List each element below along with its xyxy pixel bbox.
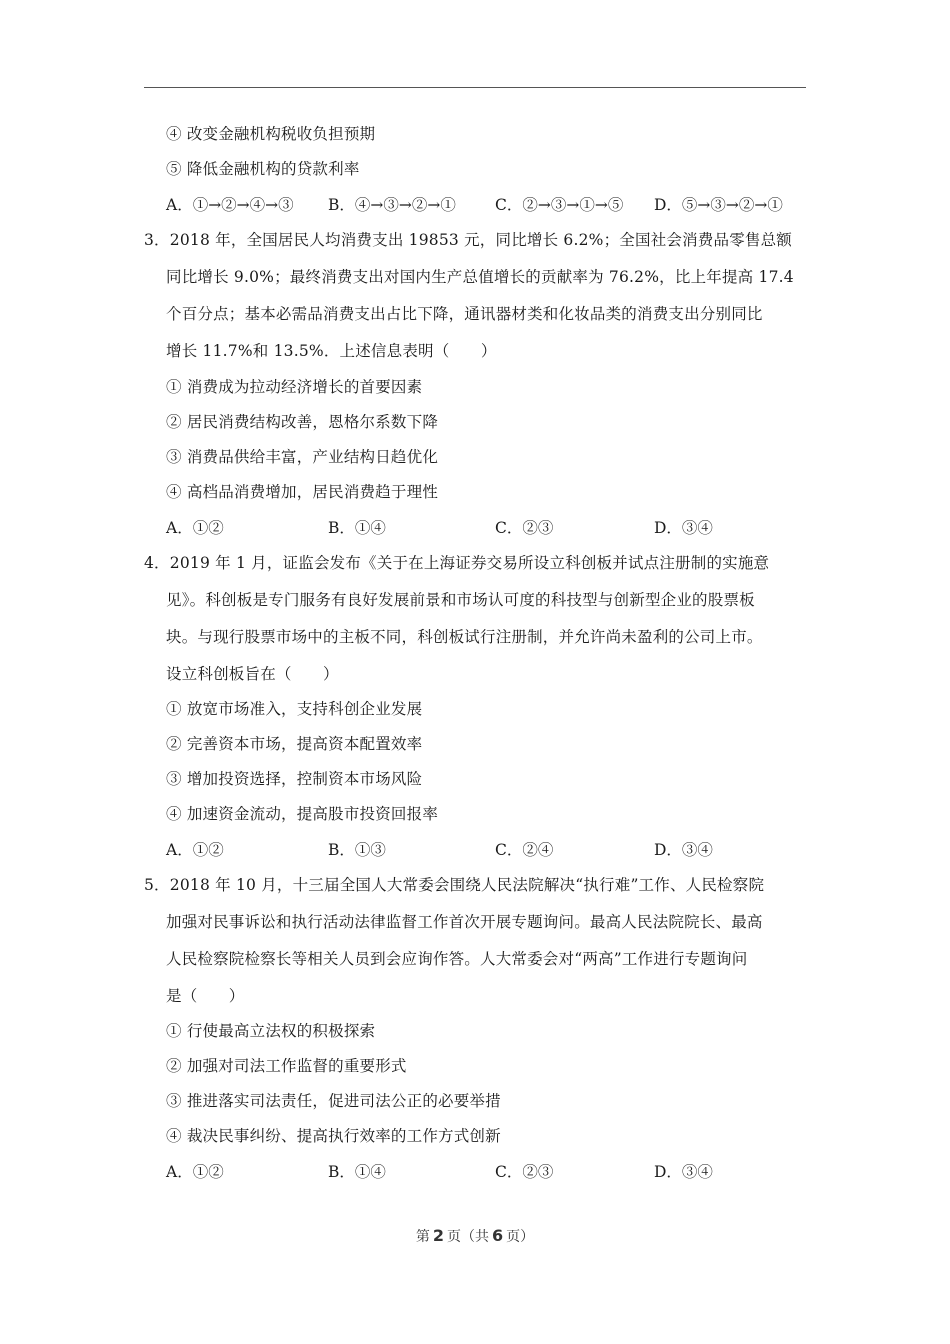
- q3-option-a[interactable]: A．①②: [166, 518, 224, 538]
- total-page-count: 6: [492, 1226, 503, 1245]
- footer-suffix: 页）: [506, 1229, 534, 1245]
- q5-option-c[interactable]: C．②③: [495, 1162, 553, 1182]
- q4-statement-3: ③ 增加投资选择，控制资本市场风险: [166, 769, 422, 789]
- q2-option-c[interactable]: C．②→③→①→⑤: [495, 195, 623, 215]
- q3-stem-line-4: 增长 11.7%和 13.5%．上述信息表明（ ）: [166, 341, 497, 361]
- q4-stem-line-2: 见》。科创板是专门服务有良好发展前景和市场认可度的科技型与创新型企业的股票板: [166, 590, 755, 610]
- q4-option-d[interactable]: D．③④: [654, 840, 713, 860]
- q5-stem-line-4: 是（ ）: [166, 986, 245, 1006]
- q5-option-b[interactable]: B．①④: [328, 1162, 386, 1182]
- q2-statement-5: ⑤ 降低金融机构的贷款利率: [166, 159, 360, 179]
- header-divider: [144, 87, 806, 88]
- current-page-number: 2: [433, 1226, 444, 1245]
- q4-option-b[interactable]: B．①③: [328, 840, 386, 860]
- q5-statement-1: ① 行使最高立法权的积极探索: [166, 1021, 375, 1041]
- q4-stem-line-3: 块。与现行股票市场中的主板不同，科创板试行注册制，并允许尚未盈利的公司上市。: [166, 627, 763, 647]
- q4-statement-4: ④ 加速资金流动，提高股市投资回报率: [166, 804, 438, 824]
- document-page: ④ 改变金融机构税收负担预期 ⑤ 降低金融机构的贷款利率 A．①→②→④→③ B…: [0, 0, 950, 1344]
- q5-stem-line-2: 加强对民事诉讼和执行活动法律监督工作首次开展专题询问。最高人民法院院长、最高: [166, 912, 763, 932]
- q2-option-b[interactable]: B．④→③→②→①: [328, 195, 456, 215]
- q3-stem-line-1: 3．2018 年，全国居民人均消费支出 19853 元，同比增长 6.2%；全国…: [144, 230, 792, 250]
- q3-statement-1: ① 消费成为拉动经济增长的首要因素: [166, 377, 422, 397]
- q2-statement-4: ④ 改变金融机构税收负担预期: [166, 124, 375, 144]
- q5-stem-line-1: 5．2018 年 10 月，十三届全国人大常委会围绕人民法院解决“执行难”工作、…: [144, 875, 764, 895]
- q5-option-a[interactable]: A．①②: [166, 1162, 224, 1182]
- q4-stem-line-4: 设立科创板旨在（ ）: [166, 664, 339, 684]
- page-footer: 第2页（共6页）: [0, 1226, 950, 1246]
- q3-stem-line-2: 同比增长 9.0%；最终消费支出对国内生产总值增长的贡献率为 76.2%，比上年…: [166, 267, 794, 287]
- q2-option-d[interactable]: D．⑤→③→②→①: [654, 195, 783, 215]
- q4-statement-2: ② 完善资本市场，提高资本配置效率: [166, 734, 422, 754]
- q3-statement-4: ④ 高档品消费增加，居民消费趋于理性: [166, 482, 438, 502]
- q5-stem-line-3: 人民检察院检察长等相关人员到会应询作答。人大常委会对“两高”工作进行专题询问: [166, 949, 747, 969]
- q5-option-d[interactable]: D．③④: [654, 1162, 713, 1182]
- q3-statement-3: ③ 消费品供给丰富，产业结构日趋优化: [166, 447, 438, 467]
- q2-option-a[interactable]: A．①→②→④→③: [166, 195, 294, 215]
- footer-middle: 页（共: [447, 1229, 489, 1245]
- q4-statement-1: ① 放宽市场准入，支持科创企业发展: [166, 699, 422, 719]
- q5-statement-4: ④ 裁决民事纠纷、提高执行效率的工作方式创新: [166, 1126, 501, 1146]
- q3-option-d[interactable]: D．③④: [654, 518, 713, 538]
- q3-option-b[interactable]: B．①④: [328, 518, 386, 538]
- q5-statement-3: ③ 推进落实司法责任，促进司法公正的必要举措: [166, 1091, 501, 1111]
- q4-option-a[interactable]: A．①②: [166, 840, 224, 860]
- q3-statement-2: ② 居民消费结构改善，恩格尔系数下降: [166, 412, 438, 432]
- q4-stem-line-1: 4．2019 年 1 月，证监会发布《关于在上海证券交易所设立科创板并试点注册制…: [144, 553, 769, 573]
- q3-option-c[interactable]: C．②③: [495, 518, 553, 538]
- q4-option-c[interactable]: C．②④: [495, 840, 553, 860]
- footer-prefix: 第: [416, 1229, 430, 1245]
- q3-stem-line-3: 个百分点；基本必需品消费支出占比下降，通讯器材类和化妆品类的消费支出分别同比: [166, 304, 763, 324]
- q5-statement-2: ② 加强对司法工作监督的重要形式: [166, 1056, 407, 1076]
